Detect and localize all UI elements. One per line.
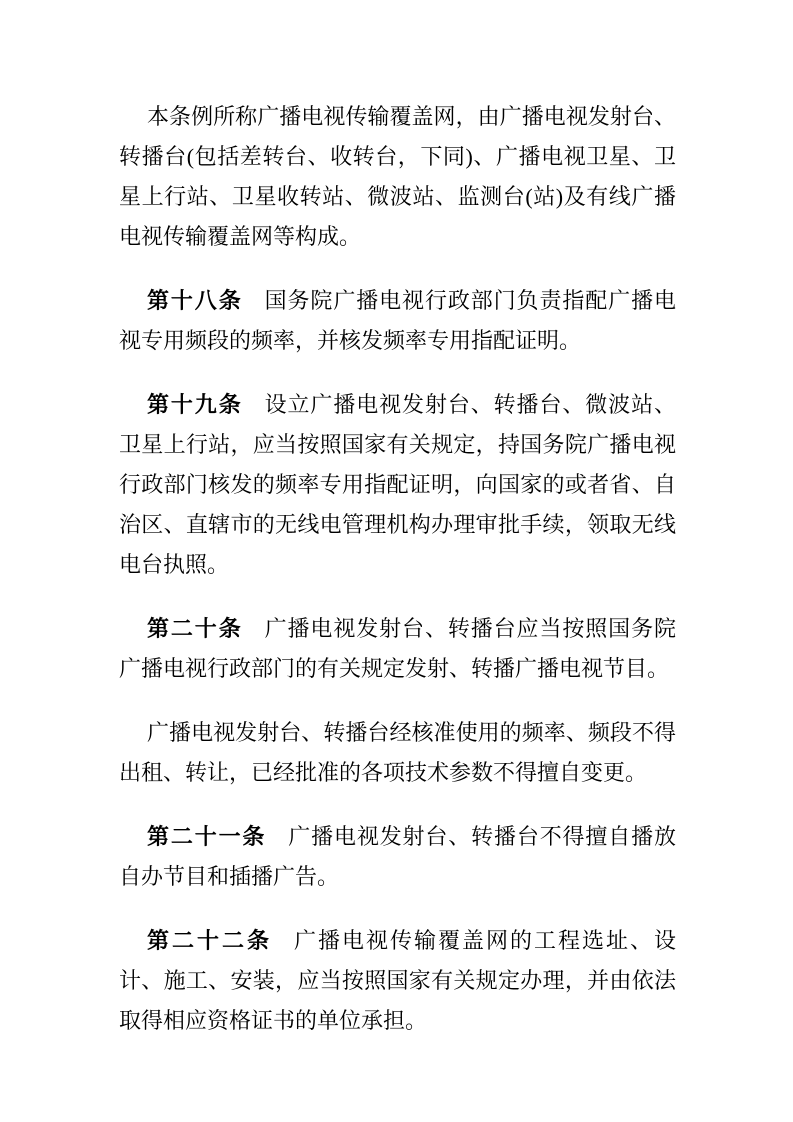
article-paragraph: 第二十二条广播电视传输覆盖网的工程选址、设计、施工、安装，应当按照国家有关规定办…	[119, 921, 676, 1041]
article-number: 第二十条	[147, 616, 243, 641]
document-page: 本条例所称广播电视传输覆盖网，由广播电视发射台、转播台(包括差转台、收转台，下同…	[0, 0, 793, 1122]
article-paragraph: 第二十一条广播电视发射台、转播台不得擅自播放自办节目和插播广告。	[119, 817, 676, 897]
paragraph-text: 设立广播电视发射台、转播台、微波站、卫星上行站，应当按照国家有关规定，持国务院广…	[119, 392, 676, 577]
document-body: 本条例所称广播电视传输覆盖网，由广播电视发射台、转播台(包括差转台、收转台，下同…	[119, 97, 676, 1041]
article-paragraph: 第二十条广播电视发射台、转播台应当按照国务院广播电视行政部门的有关规定发射、转播…	[119, 609, 676, 689]
article-paragraph: 第十八条国务院广播电视行政部门负责指配广播电视专用频段的频率，并核发频率专用指配…	[119, 281, 676, 361]
article-paragraph: 第十九条设立广播电视发射台、转播台、微波站、卫星上行站，应当按照国家有关规定，持…	[119, 385, 676, 585]
article-number: 第二十二条	[147, 928, 272, 953]
body-paragraph: 广播电视发射台、转播台经核准使用的频率、频段不得出租、转让，已经批准的各项技术参…	[119, 713, 676, 793]
paragraph-text: 广播电视发射台、转播台经核准使用的频率、频段不得出租、转让，已经批准的各项技术参…	[119, 720, 676, 785]
paragraph-text: 本条例所称广播电视传输覆盖网，由广播电视发射台、转播台(包括差转台、收转台，下同…	[119, 104, 676, 249]
article-number: 第二十一条	[147, 824, 266, 849]
article-number: 第十八条	[147, 288, 243, 313]
body-paragraph: 本条例所称广播电视传输覆盖网，由广播电视发射台、转播台(包括差转台、收转台，下同…	[119, 97, 676, 257]
article-number: 第十九条	[147, 392, 243, 417]
